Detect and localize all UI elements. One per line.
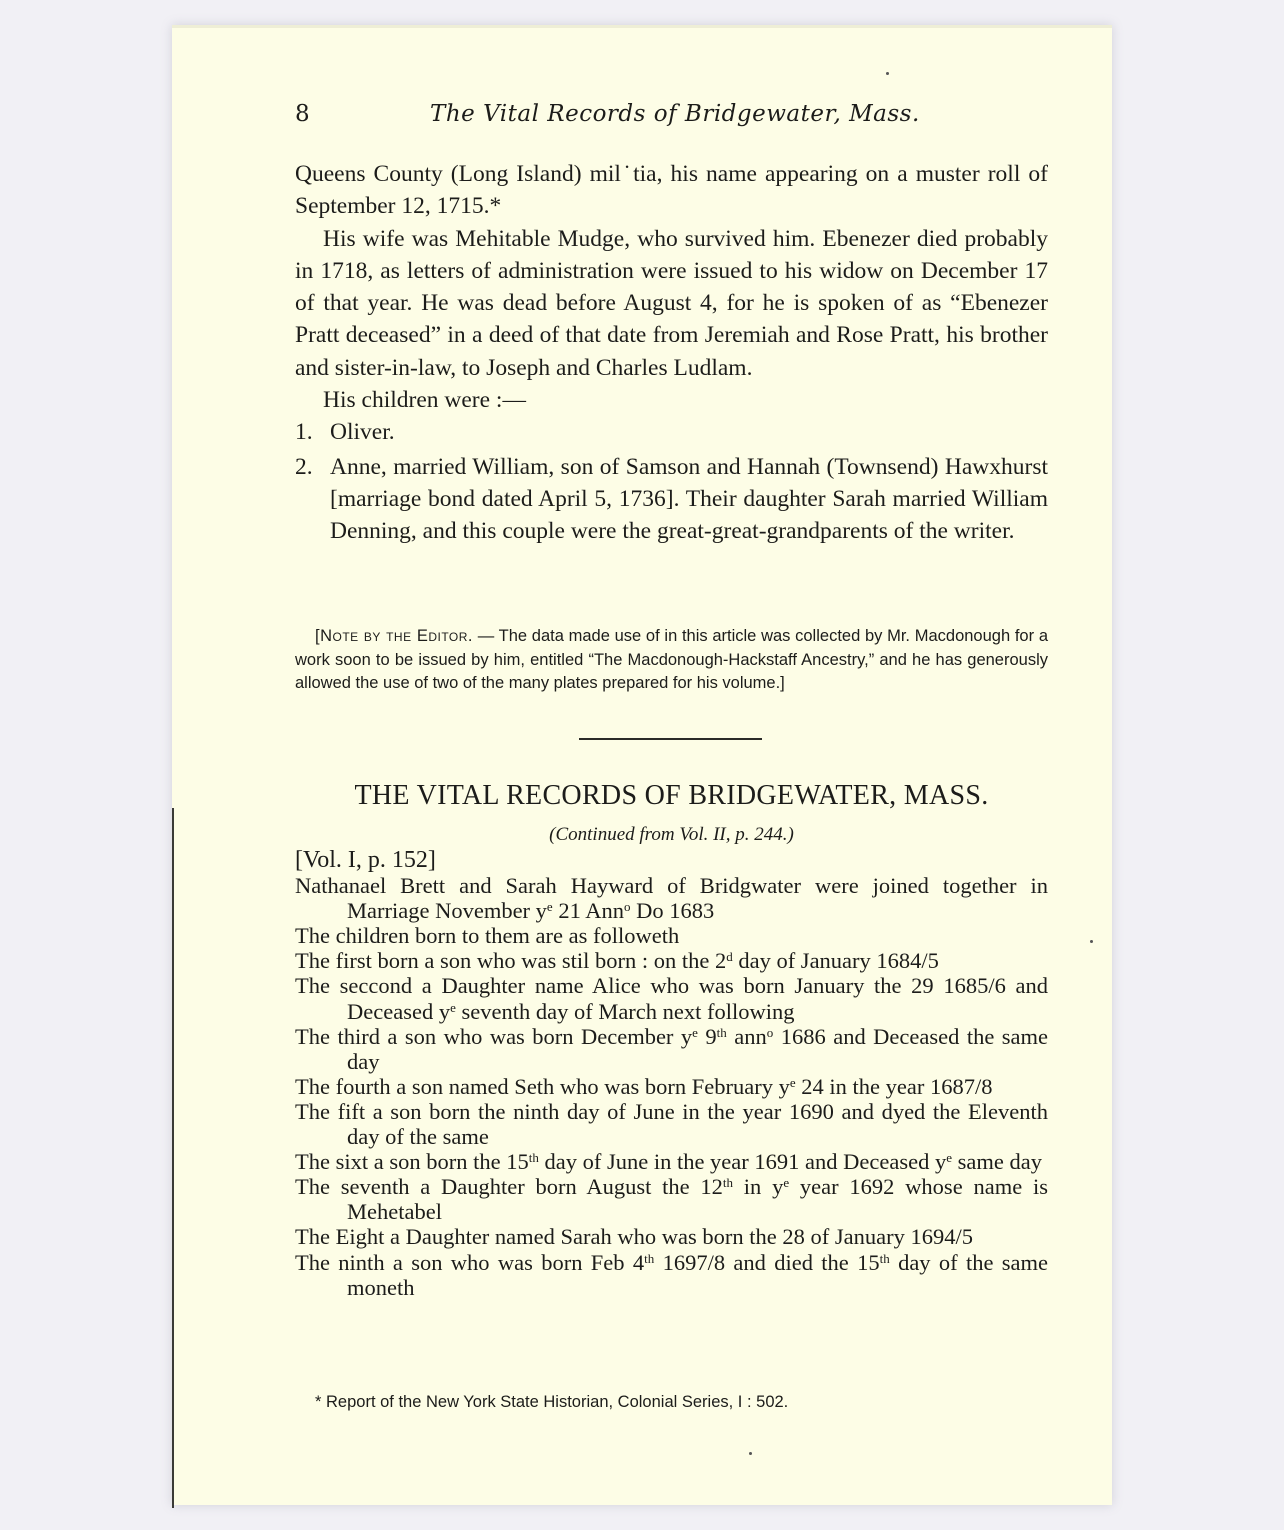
continued-note: (Continued from Vol. II, p. 244.) [295, 824, 1048, 846]
paragraph: Queens County (Long Island) mil˙tia, his… [295, 158, 1048, 223]
record-entry: The sixt a son born the 15th day of June… [295, 1149, 1048, 1174]
document-page: 8 The Vital Records of Bridgewater, Mass… [172, 25, 1112, 1505]
item-text: Oliver. [330, 419, 395, 445]
page-number: 8 [295, 101, 310, 127]
item-number: 2. [295, 451, 330, 483]
running-header: 8 The Vital Records of Bridgewater, Mass… [295, 101, 1048, 131]
section-divider [579, 738, 762, 740]
superscript: e [790, 1075, 796, 1090]
editor-note-label: [Note by the Editor. [315, 627, 473, 645]
superscript: th [529, 1150, 539, 1165]
superscript: o [624, 899, 631, 914]
paragraph: His wife was Mehitable Mudge, who surviv… [295, 223, 1048, 384]
footnote-marker: * [315, 1393, 321, 1411]
record-entry: The third a son who was born December ye… [295, 1024, 1048, 1074]
article-body: Queens County (Long Island) mil˙tia, his… [295, 158, 1048, 548]
superscript: th [717, 1025, 727, 1040]
volume-ref: [Vol. I, p. 152] [295, 848, 1048, 873]
record-entry: The seccond a Daughter name Alice who wa… [295, 973, 1048, 1023]
section-title: THE VITAL RECORDS OF BRIDGEWATER, MASS. [295, 780, 1048, 812]
item-number: 1. [295, 416, 330, 448]
record-entry: The fift a son born the ninth day of Jun… [295, 1099, 1048, 1149]
print-speck [886, 72, 889, 75]
record-entry: The ninth a son who was born Feb 4th 169… [295, 1250, 1048, 1300]
footnote: * Report of the New York State Historian… [315, 1393, 1048, 1412]
superscript: d [726, 949, 733, 964]
superscript: e [547, 899, 553, 914]
records-list: [Vol. I, p. 152] Nathanael Brett and Sar… [295, 848, 1048, 1300]
child-item: 1.Oliver. [295, 416, 1048, 448]
superscript: o [767, 1025, 774, 1040]
record-entry: The seventh a Daughter born August the 1… [295, 1174, 1048, 1224]
superscript: th [723, 1175, 733, 1190]
item-text: Anne, married William, son of Samson and… [330, 454, 1048, 545]
children-intro: His children were :— [295, 384, 1048, 416]
print-speck [749, 1452, 752, 1455]
superscript: e [946, 1150, 952, 1165]
footnote-text: Report of the New York State Historian, … [326, 1393, 788, 1411]
print-speck [1090, 940, 1093, 943]
record-entry: The Eight a Daughter named Sarah who was… [295, 1224, 1048, 1249]
record-entry: The children born to them are as followe… [295, 923, 1048, 948]
records-container: Nathanael Brett and Sarah Hayward of Bri… [295, 873, 1048, 1300]
page-edge-shadow [172, 808, 174, 1508]
editor-note: [Note by the Editor. — The data made use… [295, 625, 1048, 696]
superscript: e [692, 1025, 698, 1040]
superscript: e [783, 1175, 789, 1190]
superscript: e [450, 1000, 456, 1015]
record-entry: Nathanael Brett and Sarah Hayward of Bri… [295, 873, 1048, 923]
record-entry: The first born a son who was stil born :… [295, 948, 1048, 973]
child-item: 2.Anne, married William, son of Samson a… [295, 451, 1048, 548]
record-entry: The fourth a son named Seth who was born… [295, 1074, 1048, 1099]
superscript: th [880, 1251, 890, 1266]
superscript: th [644, 1251, 654, 1266]
running-title: The Vital Records of Bridgewater, Mass. [430, 101, 920, 127]
